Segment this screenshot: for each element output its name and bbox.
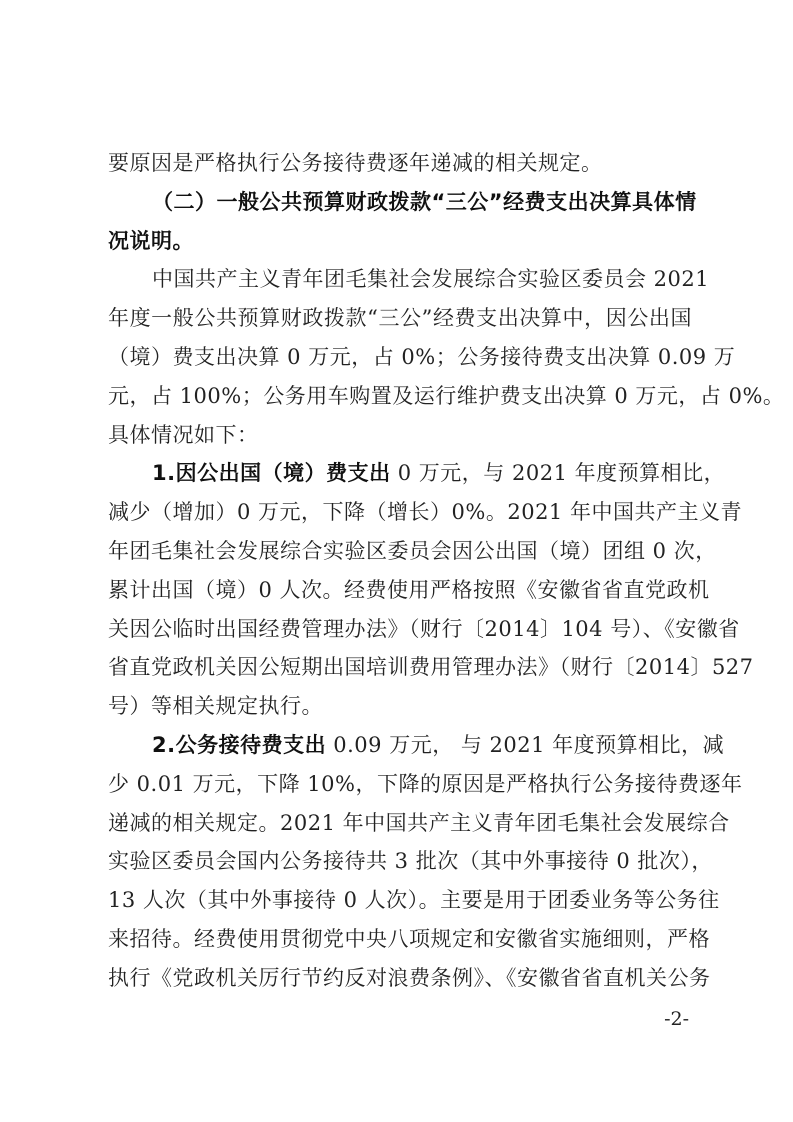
paragraph-line: 13 人次（其中外事接待 0 人次）。主要是用于团委业务等公务往 xyxy=(108,881,692,920)
line-text: 0 万元，与 2021 年度预算相比， xyxy=(391,461,726,485)
line-text: 13 人次（其中外事接待 0 人次）。主要是用于团委业务等公务往 xyxy=(108,888,720,912)
line-text: 中国共产主义青年团毛集社会发展综合实验区委员会 2021 xyxy=(152,267,709,291)
paragraph-line: （境）费支出决算 0 万元，占 0%；公务接待费支出决算 0.09 万 xyxy=(108,338,692,377)
paragraph-line: 实验区委员会国内公务接待共 3 批次（其中外事接待 0 批次）， xyxy=(108,842,692,881)
line-text: 况说明。 xyxy=(108,229,194,253)
page-number: -2- xyxy=(664,1008,689,1030)
paragraph-line: 来招待。经费使用贯彻党中央八项规定和安徽省实施细则，严格 xyxy=(108,920,692,959)
line-text: 号）等相关规定执行。 xyxy=(108,694,323,718)
line-text: 执行《党政机关厉行节约反对浪费条例》、《安徽省省直机关公务 xyxy=(108,966,711,990)
paragraph-line: 少 0.01 万元，下降 10%，下降的原因是严格执行公务接待费逐年 xyxy=(108,765,692,804)
paragraph-line: 累计出国（境）0 人次。经费使用严格按照《安徽省省直党政机 xyxy=(108,571,692,610)
paragraph-line: 关因公临时出国经费管理办法》（财行〔2014〕104 号）、《安徽省 xyxy=(108,610,692,649)
paragraph-line: 省直党政机关因公短期出国培训费用管理办法》（财行〔2014〕527 xyxy=(108,648,692,687)
paragraph-line: 减少（增加）0 万元，下降（增长）0%。2021 年中国共产主义青 xyxy=(108,493,692,532)
paragraph-line: 2.公务接待费支出 0.09 万元， 与 2021 年度预算相比，减 xyxy=(108,726,692,765)
line-text: 元，占 100%；公务用车购置及运行维护费支出决算 0 万元，占 0%。 xyxy=(108,384,784,408)
line-text: 少 0.01 万元，下降 10%，下降的原因是严格执行公务接待费逐年 xyxy=(108,772,742,796)
paragraph-line: 递减的相关规定。2021 年中国共产主义青年团毛集社会发展综合 xyxy=(108,804,692,843)
paragraph-line: 元，占 100%；公务用车购置及运行维护费支出决算 0 万元，占 0%。 xyxy=(108,377,692,416)
paragraph-line: 号）等相关规定执行。 xyxy=(108,687,692,726)
paragraph-line: 1.因公出国（境）费支出 0 万元，与 2021 年度预算相比， xyxy=(108,454,692,493)
line-text: 年度一般公共预算财政拨款“三公”经费支出决算中，因公出国 xyxy=(108,306,692,330)
line-text: 关因公临时出国经费管理办法》（财行〔2014〕104 号）、《安徽省 xyxy=(108,617,740,641)
section-heading-line: （二）一般公共预算财政拨款“三公”经费支出决算具体情 xyxy=(108,183,692,222)
item-heading: 2.公务接待费支出 xyxy=(152,733,326,757)
line-text: 省直党政机关因公短期出国培训费用管理办法》（财行〔2014〕527 xyxy=(108,655,754,679)
paragraph-line: 要原因是严格执行公务接待费逐年递减的相关规定。 xyxy=(108,144,692,183)
line-text: 年团毛集社会发展综合实验区委员会因公出国（境）团组 0 次， xyxy=(108,539,717,563)
document-body: 要原因是严格执行公务接待费逐年递减的相关规定。（二）一般公共预算财政拨款“三公”… xyxy=(108,144,692,998)
line-text: 递减的相关规定。2021 年中国共产主义青年团毛集社会发展综合 xyxy=(108,811,730,835)
line-text: 来招待。经费使用贯彻党中央八项规定和安徽省实施细则，严格 xyxy=(108,927,710,951)
paragraph-line: 年团毛集社会发展综合实验区委员会因公出国（境）团组 0 次， xyxy=(108,532,692,571)
paragraph-line: 执行《党政机关厉行节约反对浪费条例》、《安徽省省直机关公务 xyxy=(108,959,692,998)
line-text: （二）一般公共预算财政拨款“三公”经费支出决算具体情 xyxy=(152,190,697,214)
item-heading: 1.因公出国（境）费支出 xyxy=(152,461,391,485)
line-text: 要原因是严格执行公务接待费逐年递减的相关规定。 xyxy=(108,151,603,175)
line-text: 具体情况如下： xyxy=(108,423,259,447)
line-text: 0.09 万元， 与 2021 年度预算相比，减 xyxy=(326,733,724,757)
line-text: （境）费支出决算 0 万元，占 0%；公务接待费支出决算 0.09 万 xyxy=(108,345,735,369)
section-heading-line: 况说明。 xyxy=(108,222,692,261)
line-text: 累计出国（境）0 人次。经费使用严格按照《安徽省省直党政机 xyxy=(108,578,710,602)
paragraph-line: 年度一般公共预算财政拨款“三公”经费支出决算中，因公出国 xyxy=(108,299,692,338)
line-text: 减少（增加）0 万元，下降（增长）0%。2021 年中国共产主义青 xyxy=(108,500,742,524)
paragraph-line: 具体情况如下： xyxy=(108,416,692,455)
line-text: 实验区委员会国内公务接待共 3 批次（其中外事接待 0 批次）， xyxy=(108,849,713,873)
paragraph-line: 中国共产主义青年团毛集社会发展综合实验区委员会 2021 xyxy=(108,260,692,299)
